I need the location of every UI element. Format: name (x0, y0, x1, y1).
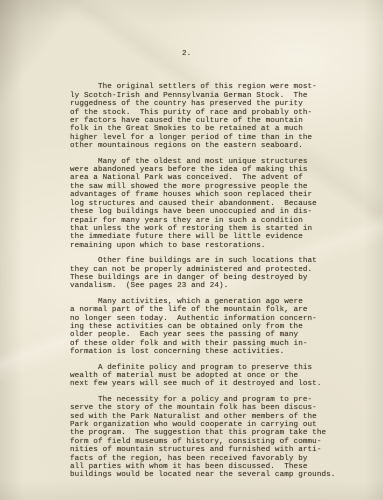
paragraph-lost-activities: Many activities, which a generation ago … (70, 298, 335, 357)
paragraph-policy-needed: A definite policy and program to preserv… (70, 364, 335, 389)
paragraph-settlers-origin: The original settlers of this region wer… (70, 83, 335, 150)
paragraph-field-museums: The necessity for a policy and program t… (70, 396, 335, 480)
paragraph-abandoned-structures: Many of the oldest and most unique struc… (70, 158, 335, 250)
page-number: 2. (182, 50, 335, 58)
paragraph-vandalism-danger: Other fine buildings are in such locatio… (70, 257, 335, 291)
typewritten-text-block: 2. The original settlers of this region … (70, 50, 335, 487)
scanned-document-page: 2. The original settlers of this region … (0, 0, 383, 500)
